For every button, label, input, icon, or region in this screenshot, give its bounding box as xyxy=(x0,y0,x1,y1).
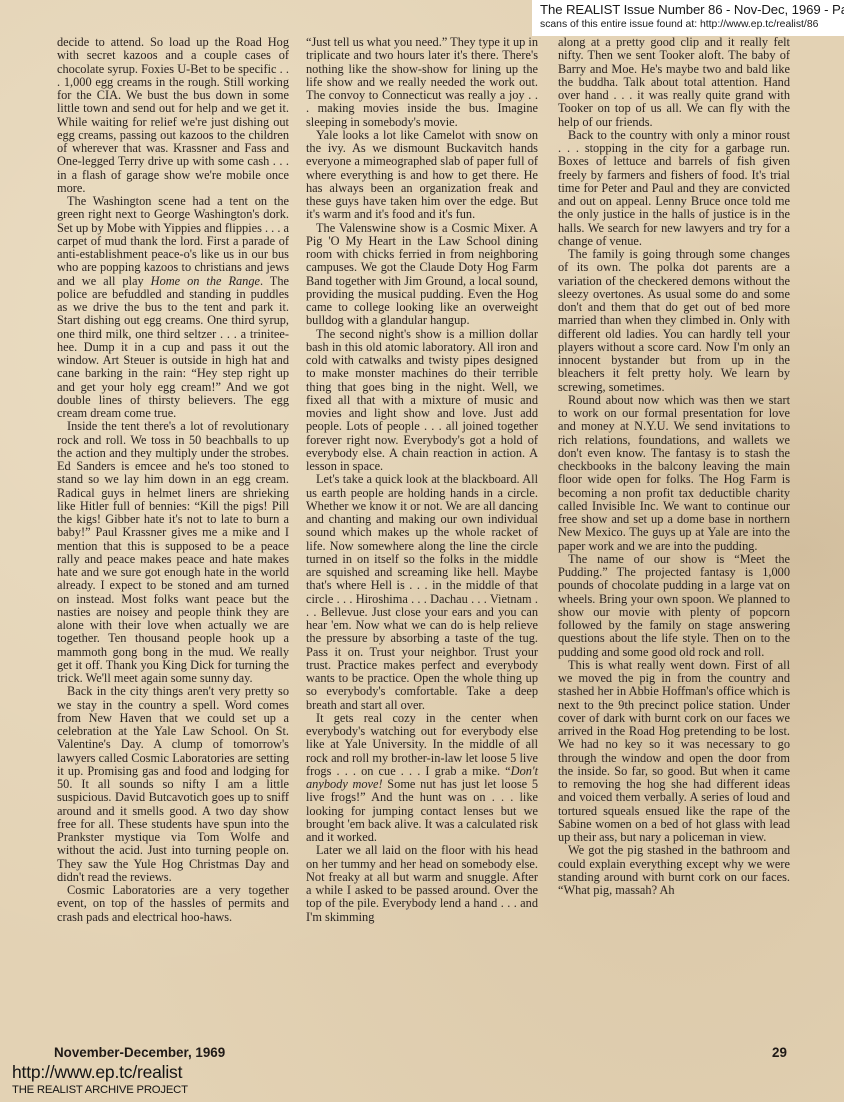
paragraph: along at a pretty good clip and it reall… xyxy=(558,36,790,129)
paragraph: Let's take a quick look at the blackboar… xyxy=(306,473,538,712)
paragraph: Round about now which was then we start … xyxy=(558,394,790,553)
archive-header-title: The REALIST Issue Number 86 - Nov-Dec, 1… xyxy=(540,2,838,18)
page-number: 29 xyxy=(772,1045,787,1060)
archive-url-link[interactable]: http://www.ep.tc/realist xyxy=(12,1062,182,1083)
article-column-2: “Just tell us what you need.” They type … xyxy=(306,36,538,924)
paragraph: The second night's show is a million dol… xyxy=(306,328,538,474)
paragraph: It gets real cozy in the center when eve… xyxy=(306,712,538,845)
article-column-1: decide to attend. So load up the Road Ho… xyxy=(57,36,289,924)
paragraph: The family is going through some changes… xyxy=(558,248,790,394)
paragraph: The name of our show is “Meet the Puddin… xyxy=(558,553,790,659)
paragraph: Yale looks a lot like Camelot with snow … xyxy=(306,129,538,222)
issue-date: November-December, 1969 xyxy=(54,1045,225,1060)
article-column-3: along at a pretty good clip and it reall… xyxy=(558,36,790,897)
paragraph: Later we all laid on the floor with his … xyxy=(306,844,538,924)
paragraph: Back in the city things aren't very pret… xyxy=(57,685,289,884)
paragraph: Cosmic Laboratories are a very together … xyxy=(57,884,289,924)
paragraph: decide to attend. So load up the Road Ho… xyxy=(57,36,289,195)
paragraph: Back to the country with only a minor ro… xyxy=(558,129,790,248)
paragraph: The Washington scene had a tent on the g… xyxy=(57,195,289,420)
paragraph: The Valenswine show is a Cosmic Mixer. A… xyxy=(306,222,538,328)
paragraph: We got the pig stashed in the bathroom a… xyxy=(558,844,790,897)
paragraph: Inside the tent there's a lot of revolut… xyxy=(57,420,289,685)
archive-project-label: THE REALIST ARCHIVE PROJECT xyxy=(12,1084,188,1096)
archive-header: The REALIST Issue Number 86 - Nov-Dec, 1… xyxy=(532,0,844,36)
italic-title: Home on the Range xyxy=(151,274,260,288)
paragraph: This is what really went down. First of … xyxy=(558,659,790,845)
paragraph: “Just tell us what you need.” They type … xyxy=(306,36,538,129)
archive-header-subtitle: scans of this entire issue found at: htt… xyxy=(540,18,838,31)
